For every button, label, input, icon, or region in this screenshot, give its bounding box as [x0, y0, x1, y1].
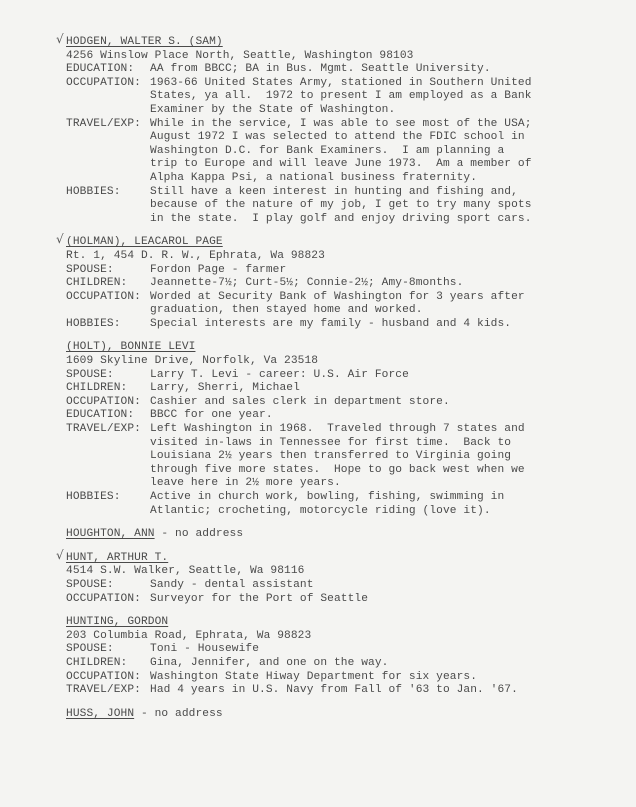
field-label: TRAVEL/EXP: [66, 118, 150, 132]
field-value-line: Sandy - dental assistant [150, 579, 626, 593]
entry-field: SPOUSE:Sandy - dental assistant [66, 579, 626, 593]
entry-heading: (HOLT), BONNIE LEVI [66, 341, 626, 355]
field-value-line: through five more states. Hope to go bac… [150, 464, 626, 478]
field-value-line: Left Washington in 1968. Traveled throug… [150, 423, 626, 437]
entry-name: (HOLMAN), LEACAROL PAGE [66, 236, 223, 248]
entry-field: HOBBIES:Still have a keen interest in hu… [66, 186, 626, 227]
field-value-line: Had 4 years in U.S. Navy from Fall of '6… [150, 684, 626, 698]
entry-field: EDUCATION:AA from BBCC; BA in Bus. Mgmt.… [66, 63, 626, 77]
field-value-line: leave here in 2½ more years. [150, 477, 626, 491]
field-value-line: Fordon Page - farmer [150, 264, 626, 278]
field-value-line: Active in church work, bowling, fishing,… [150, 491, 626, 505]
field-value-line: Gina, Jennifer, and one on the way. [150, 657, 626, 671]
check-mark-icon: √ [56, 33, 64, 47]
field-label: SPOUSE: [66, 264, 150, 278]
entry-address: 203 Columbia Road, Ephrata, Wa 98823 [66, 630, 626, 644]
entry-name: HUSS, JOHN [66, 708, 134, 720]
field-value-line: Washington State Hiway Department for si… [150, 671, 626, 685]
field-label: OCCUPATION: [66, 77, 150, 91]
entry-field: OCCUPATION:1963-66 United States Army, s… [66, 77, 626, 118]
entry-field: EDUCATION:BBCC for one year. [66, 409, 626, 423]
directory-entry: √HODGEN, WALTER S. (SAM)4256 Winslow Pla… [66, 36, 626, 226]
entry-field: CHILDREN:Gina, Jennifer, and one on the … [66, 657, 626, 671]
field-value-line: Surveyor for the Port of Seattle [150, 593, 626, 607]
field-value-line: graduation, then stayed home and worked. [150, 304, 626, 318]
directory-entry: HUSS, JOHN - no address [66, 708, 626, 722]
field-value-line: Louisiana 2½ years then transferred to V… [150, 450, 626, 464]
field-value-line: Special interests are my family - husban… [150, 318, 626, 332]
directory-entry: HOUGHTON, ANN - no address [66, 528, 626, 542]
entry-field: OCCUPATION:Cashier and sales clerk in de… [66, 396, 626, 410]
entry-field: TRAVEL/EXP:While in the service, I was a… [66, 118, 626, 186]
field-value-line: August 1972 I was selected to attend the… [150, 131, 626, 145]
directory-entries: √HODGEN, WALTER S. (SAM)4256 Winslow Pla… [66, 36, 626, 731]
entry-field: OCCUPATION:Washington State Hiway Depart… [66, 671, 626, 685]
entry-note: - no address [155, 528, 244, 540]
entry-field: OCCUPATION:Worded at Security Bank of Wa… [66, 291, 626, 318]
field-label: SPOUSE: [66, 643, 150, 657]
field-value-line: Jeannette-7½; Curt-5½; Connie-2½; Amy-8m… [150, 277, 626, 291]
entry-address: 4256 Winslow Place North, Seattle, Washi… [66, 50, 626, 64]
directory-entry: √(HOLMAN), LEACAROL PAGERt. 1, 454 D. R.… [66, 236, 626, 331]
field-label: OCCUPATION: [66, 593, 150, 607]
entry-name: HUNT, ARTHUR T. [66, 552, 168, 564]
field-value-line: Atlantic; crocheting, motorcycle riding … [150, 505, 626, 519]
field-value-line: Cashier and sales clerk in department st… [150, 396, 626, 410]
entry-heading: √(HOLMAN), LEACAROL PAGE [66, 236, 626, 250]
field-value-line: in the state. I play golf and enjoy driv… [150, 213, 626, 227]
entry-field: HOBBIES:Active in church work, bowling, … [66, 491, 626, 518]
field-value-line: Still have a keen interest in hunting an… [150, 186, 626, 200]
field-value-line: Alpha Kappa Psi, a national business fra… [150, 172, 626, 186]
field-value-line: visited in-laws in Tennessee for first t… [150, 437, 626, 451]
entry-heading: √HODGEN, WALTER S. (SAM) [66, 36, 626, 50]
field-value-line: While in the service, I was able to see … [150, 118, 626, 132]
entry-address: Rt. 1, 454 D. R. W., Ephrata, Wa 98823 [66, 250, 626, 264]
entry-field: CHILDREN:Larry, Sherri, Michael [66, 382, 626, 396]
entry-heading: HUNTING, GORDON [66, 616, 626, 630]
entry-address: 1609 Skyline Drive, Norfolk, Va 23518 [66, 355, 626, 369]
field-value-line: Larry, Sherri, Michael [150, 382, 626, 396]
field-value-line: Toni - Housewife [150, 643, 626, 657]
field-value-line: 1963-66 United States Army, stationed in… [150, 77, 626, 91]
field-value-line: Examiner by the State of Washington. [150, 104, 626, 118]
field-label: CHILDREN: [66, 657, 150, 671]
field-label: OCCUPATION: [66, 396, 150, 410]
entry-heading: HUSS, JOHN - no address [66, 708, 626, 722]
check-mark-icon: √ [56, 549, 64, 563]
field-value-line: AA from BBCC; BA in Bus. Mgmt. Seattle U… [150, 63, 626, 77]
field-value-line: Worded at Security Bank of Washington fo… [150, 291, 626, 305]
entry-field: OCCUPATION:Surveyor for the Port of Seat… [66, 593, 626, 607]
field-label: SPOUSE: [66, 369, 150, 383]
entry-field: CHILDREN:Jeannette-7½; Curt-5½; Connie-2… [66, 277, 626, 291]
field-label: TRAVEL/EXP: [66, 423, 150, 437]
entry-field: SPOUSE:Toni - Housewife [66, 643, 626, 657]
entry-field: SPOUSE:Larry T. Levi - career: U.S. Air … [66, 369, 626, 383]
field-label: TRAVEL/EXP: [66, 684, 150, 698]
check-mark-icon: √ [56, 233, 64, 247]
entry-name: HUNTING, GORDON [66, 616, 168, 628]
entry-field: SPOUSE:Fordon Page - farmer [66, 264, 626, 278]
directory-entry: HUNTING, GORDON203 Columbia Road, Ephrat… [66, 616, 626, 698]
entry-name: HOUGHTON, ANN [66, 528, 155, 540]
field-value-line: Larry T. Levi - career: U.S. Air Force [150, 369, 626, 383]
entry-note: - no address [134, 708, 223, 720]
field-label: HOBBIES: [66, 186, 150, 200]
entry-heading: √HUNT, ARTHUR T. [66, 552, 626, 566]
field-value-line: BBCC for one year. [150, 409, 626, 423]
entry-name: (HOLT), BONNIE LEVI [66, 341, 195, 353]
entry-field: TRAVEL/EXP:Left Washington in 1968. Trav… [66, 423, 626, 491]
field-label: CHILDREN: [66, 382, 150, 396]
field-value-line: Washington D.C. for Bank Examiners. I am… [150, 145, 626, 159]
field-label: HOBBIES: [66, 491, 150, 505]
directory-entry: √HUNT, ARTHUR T.4514 S.W. Walker, Seattl… [66, 552, 626, 606]
field-label: CHILDREN: [66, 277, 150, 291]
field-label: HOBBIES: [66, 318, 150, 332]
entry-field: HOBBIES:Special interests are my family … [66, 318, 626, 332]
entry-name: HODGEN, WALTER S. (SAM) [66, 36, 223, 48]
directory-entry: (HOLT), BONNIE LEVI1609 Skyline Drive, N… [66, 341, 626, 518]
field-label: OCCUPATION: [66, 291, 150, 305]
field-value-line: States, ya all. 1972 to present I am emp… [150, 90, 626, 104]
field-label: EDUCATION: [66, 63, 150, 77]
field-value-line: trip to Europe and will leave June 1973.… [150, 158, 626, 172]
entry-field: TRAVEL/EXP:Had 4 years in U.S. Navy from… [66, 684, 626, 698]
field-label: OCCUPATION: [66, 671, 150, 685]
field-value-line: because of the nature of my job, I get t… [150, 199, 626, 213]
field-label: SPOUSE: [66, 579, 150, 593]
field-label: EDUCATION: [66, 409, 150, 423]
entry-heading: HOUGHTON, ANN - no address [66, 528, 626, 542]
entry-address: 4514 S.W. Walker, Seattle, Wa 98116 [66, 565, 626, 579]
document-page: √HODGEN, WALTER S. (SAM)4256 Winslow Pla… [0, 0, 636, 807]
